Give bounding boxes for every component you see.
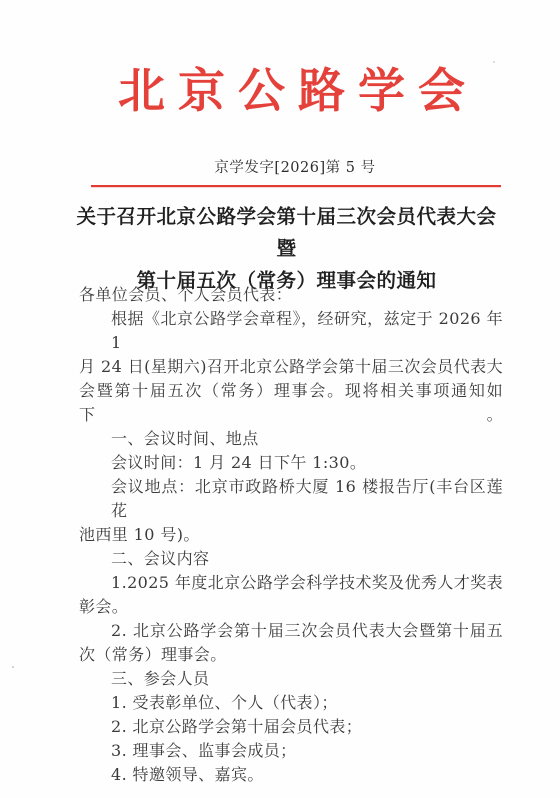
red-divider-rule [91,185,501,187]
body-line: 二、会议内容 [79,547,503,571]
scan-speck [493,61,495,63]
body-line: 根据《北京公路学会章程》，经研究，兹定于 2026 年 1 [79,307,503,355]
body-line: 3. 理事会、监事会成员； [79,739,503,763]
body-line: 会议地点：北京市政路桥大厦 16 楼报告厅(丰台区莲花 [79,475,503,523]
body-line: 2. 北京公路学会第十届三次会员代表大会暨第十届五 [79,619,503,643]
doc-number: 京学发字[2026]第 5 号 [0,159,560,177]
body-line: 会暨第十届五次（常务）理事会。现将相关事项通知如下。 [79,379,503,427]
body-line: 一、会议时间、地点 [79,427,503,451]
scan-speck [12,666,14,668]
document-page: 北京公路学会 京学发字[2026]第 5 号 关于召开北京公路学会第十届三次会员… [0,0,560,798]
body-line: 彰会。 [79,595,503,619]
body-line: 次（常务）理事会。 [79,643,503,667]
body-line: 各单位会员、个人会员代表： [79,283,503,307]
body-line: 1.2025 年度北京公路学会科学技术奖及优秀人才奖表 [79,571,503,595]
body-line: 池西里 10 号)。 [79,523,503,547]
body-line: 三、参会人员 [79,667,503,691]
notice-title-line1: 关于召开北京公路学会第十届三次会员代表大会暨 [73,201,500,265]
body-line: 4. 特邀领导、嘉宾。 [79,763,503,787]
body-line: 1. 受表彰单位、个人（代表）； [79,691,503,715]
org-name-header: 北京公路学会 [118,66,478,118]
body-line: 会议时间：1 月 24 日下午 1:30。 [79,451,503,475]
notice-body: 各单位会员、个人会员代表：根据《北京公路学会章程》，经研究，兹定于 2026 年… [79,283,503,787]
body-line: 月 24 日(星期六)召开北京公路学会第十届三次会员代表大 [79,355,503,379]
body-line: 2. 北京公路学会第十届会员代表； [79,715,503,739]
scan-speck [265,740,267,741]
